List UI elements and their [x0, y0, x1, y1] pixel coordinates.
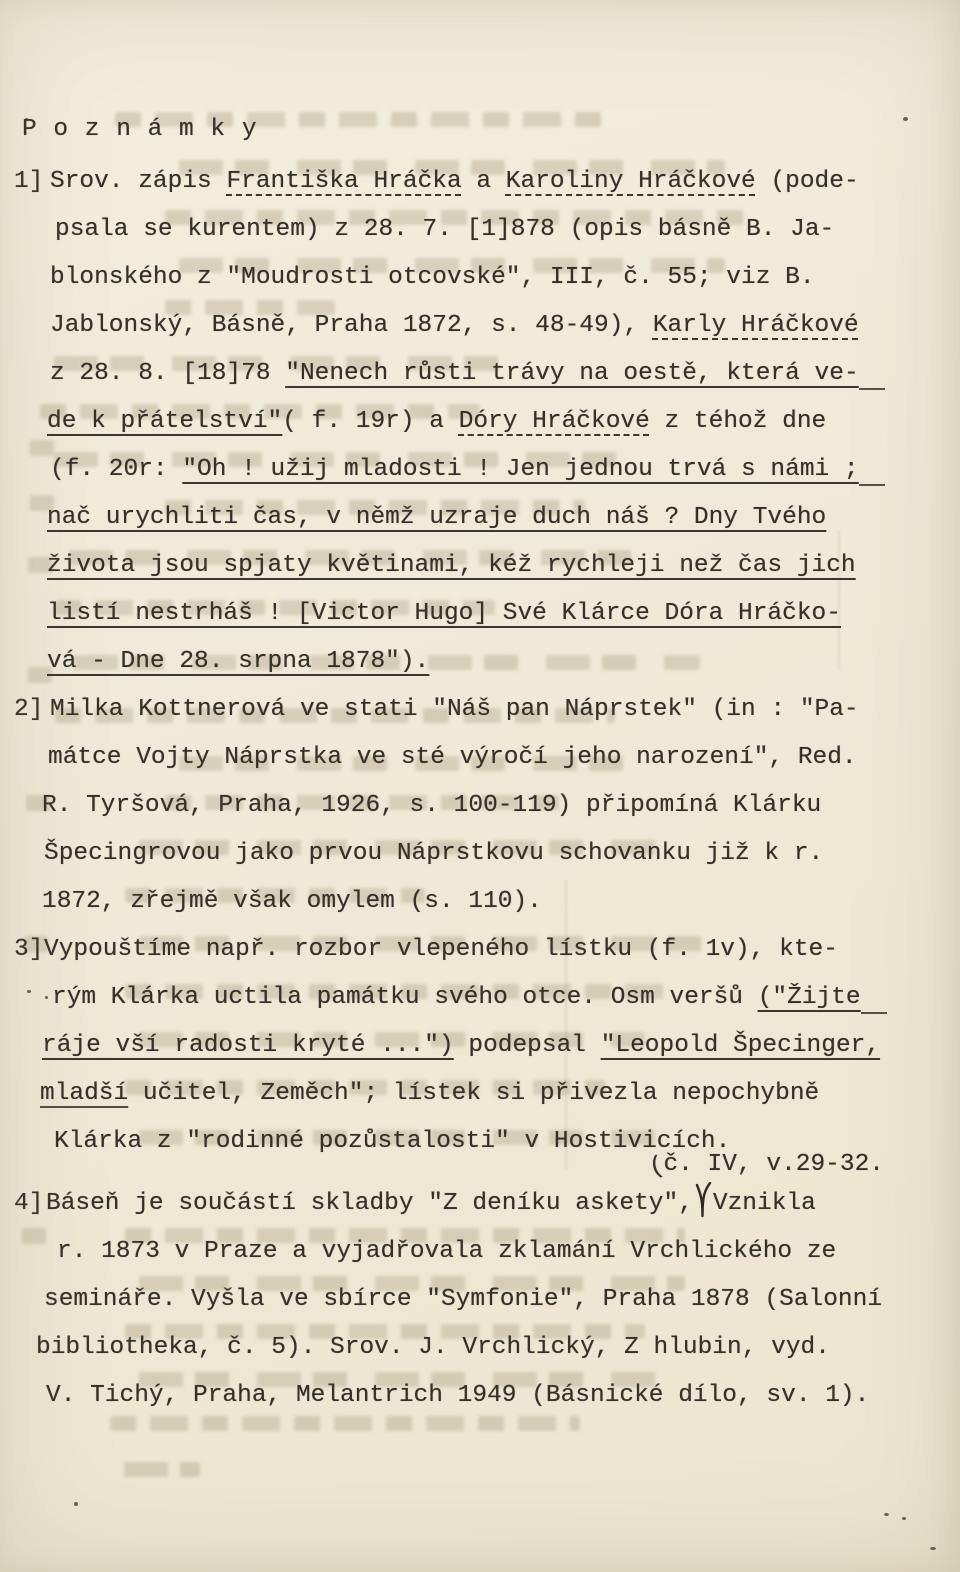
- text-run: ( f. 19r) a: [282, 408, 458, 435]
- text-run: Srov. zápis: [50, 168, 226, 195]
- bleedthrough-text-line: [110, 1462, 200, 1477]
- text-line: V. Tichý, Praha, Melantrich 1949 (Básnic…: [46, 1372, 880, 1420]
- ink-speck: [930, 1547, 936, 1550]
- text-run: (f. 20r:: [50, 456, 182, 483]
- text-run: učitel, Zeměch"; lístek si přivezla nepo…: [128, 1080, 819, 1107]
- underline-extension: [859, 446, 885, 494]
- text-run: 1872, zřejmě však omylem (s. 110).: [42, 888, 542, 915]
- underlined-text: mladší: [40, 1080, 128, 1107]
- note-number: 4]: [14, 1180, 43, 1228]
- note-item-3: 3]Vypouštíme např. rozbor vlepeného líst…: [50, 926, 880, 1166]
- text-line: Jablonský, Básně, Praha 1872, s. 48-49),…: [50, 302, 880, 350]
- underlined-text: Karly Hráčkové: [653, 312, 859, 339]
- text-run: z téhož dne: [650, 408, 826, 435]
- underlined-text: listí nestrháš ! [Victor Hugo] Své Klárc…: [47, 600, 841, 627]
- note-number: 1]: [14, 158, 43, 206]
- text-line: de k přátelství"( f. 19r) a Dóry Hráčkov…: [47, 398, 880, 446]
- text-run: podepsal: [454, 1032, 601, 1059]
- underlined-text: de k přátelství": [47, 408, 282, 435]
- text-run: bibliotheka, č. 5). Srov. J. Vrchlický, …: [36, 1334, 830, 1361]
- text-line: mladší učitel, Zeměch"; lístek si přivez…: [40, 1070, 880, 1118]
- note-item-4: 4](č. IV, v.29-32.Báseň je součástí skla…: [50, 1180, 880, 1420]
- text-line: R. Tyršová, Praha, 1926, s. 100-119) při…: [42, 782, 880, 830]
- text-line: r. 1873 v Praze a vyjadřovala zklamání V…: [57, 1228, 880, 1276]
- text-line: Milka Kottnerová ve stati "Náš pan Náprs…: [50, 686, 880, 734]
- text-run: z 28. 8. [18]78: [50, 360, 285, 387]
- underlined-text: nač urychliti čas, v němž uzraje duch ná…: [47, 504, 826, 531]
- underlined-text: Dóry Hráčkové: [459, 408, 650, 435]
- insertion-caret-icon: [693, 1182, 713, 1218]
- text-run: Špecingrovou jako prvou Náprstkovu schov…: [44, 840, 823, 867]
- note-item-2: 2]Milka Kottnerová ve stati "Náš pan Náp…: [50, 686, 880, 926]
- underlined-text: "Leopold Špecinger,: [601, 1032, 880, 1059]
- note-item-1: 1]Srov. zápis Františka Hráčka a Karolin…: [50, 158, 880, 686]
- underline-extension: [861, 974, 887, 1022]
- text-run: blonského z "Moudrosti otcovské", III, č…: [50, 264, 815, 291]
- text-line: Vypouštíme např. rozbor vlepeného lístku…: [44, 926, 880, 974]
- text-run: Vypouštíme např. rozbor vlepeného lístku…: [44, 936, 838, 963]
- text-line: bibliotheka, č. 5). Srov. J. Vrchlický, …: [36, 1324, 880, 1372]
- text-run: (pode-: [756, 168, 859, 195]
- note-number: 3]: [14, 926, 43, 974]
- text-line: 1872, zřejmě však omylem (s. 110).: [42, 878, 880, 926]
- text-run: R. Tyršová, Praha, 1926, s. 100-119) při…: [42, 792, 821, 819]
- text-line: Špecingrovou jako prvou Náprstkovu schov…: [44, 830, 880, 878]
- underlined-text: Karoliny Hráčkové: [506, 168, 756, 195]
- text-run: rým Klárka uctila památku svého otce. Os…: [52, 984, 758, 1011]
- bleedthrough-mark: [22, 1228, 46, 1244]
- text-run: Jablonský, Básně, Praha 1872, s. 48-49),: [50, 312, 653, 339]
- text-run: Báseň je součástí skladby "Z deníku aske…: [46, 1190, 693, 1217]
- underlined-text: vá - Dne 28. srpna 1878").: [47, 648, 429, 675]
- notes-list: 1]Srov. zápis Františka Hráčka a Karolin…: [50, 158, 880, 1420]
- text-run: r. 1873 v Praze a vyjadřovala zklamání V…: [57, 1238, 836, 1265]
- underline-extension: [859, 350, 885, 398]
- text-line: nač urychliti čas, v němž uzraje duch ná…: [47, 494, 880, 542]
- text-line: listí nestrháš ! [Victor Hugo] Své Klárc…: [47, 590, 880, 638]
- page-heading: P o z n á m k y: [22, 110, 258, 150]
- text-line: (f. 20r: "Oh ! užij mladosti ! Jen jedno…: [50, 446, 880, 494]
- text-run: semináře. Vyšla ve sbírce "Symfonie", Pr…: [44, 1286, 882, 1313]
- underlined-text: ráje vší radosti kryté ..."): [42, 1032, 454, 1059]
- ink-speck: [25, 118, 28, 121]
- insertion-text: č. IV, v.29-32.: [663, 1151, 884, 1178]
- text-run: V. Tichý, Praha, Melantrich 1949 (Básnic…: [46, 1382, 869, 1409]
- underlined-text: "Nenech růsti trávy na oestě, která ve-: [285, 360, 858, 387]
- ink-speck: [27, 990, 31, 993]
- underlined-text: "Oh ! užij mladosti ! Jen jednou trvá s …: [182, 456, 858, 483]
- text-run: psala se kurentem) z 28. 7. [1]878 (opis…: [55, 216, 834, 243]
- text-line: psala se kurentem) z 28. 7. [1]878 (opis…: [55, 206, 880, 254]
- text-line: vá - Dne 28. srpna 1878").: [47, 638, 880, 686]
- text-run: Vznikla: [713, 1190, 816, 1217]
- note-number: 2]: [14, 686, 43, 734]
- ink-speck: [45, 996, 48, 999]
- underlined-text: života jsou spjaty květinami, kéž rychle…: [47, 552, 856, 579]
- text-run: a: [462, 168, 506, 195]
- underlined-text: Františka Hráčka: [226, 168, 461, 195]
- ink-speck: [903, 117, 908, 121]
- scanned-typewritten-page: P o z n á m k y 1]Srov. zápis Františka …: [0, 0, 960, 1572]
- text-line: rým Klárka uctila památku svého otce. Os…: [52, 974, 880, 1022]
- ink-speck: [74, 1502, 78, 1506]
- inserted-annotation: (č. IV, v.29-32.: [649, 1148, 884, 1182]
- text-run: Milka Kottnerová ve stati "Náš pan Náprs…: [50, 696, 859, 723]
- text-run: Klárka z "rodinné pozůstalosti" v Hostiv…: [54, 1128, 730, 1155]
- text-line: z 28. 8. [18]78 "Nenech růsti trávy na o…: [50, 350, 880, 398]
- text-line: semináře. Vyšla ve sbírce "Symfonie", Pr…: [44, 1276, 880, 1324]
- text-line: blonského z "Moudrosti otcovské", III, č…: [50, 254, 880, 302]
- ink-speck: [902, 1517, 906, 1520]
- text-line: Srov. zápis Františka Hráčka a Karoliny …: [50, 158, 880, 206]
- text-line: života jsou spjaty květinami, kéž rychle…: [47, 542, 880, 590]
- text-line: ráje vší radosti kryté ...") podepsal "L…: [42, 1022, 880, 1070]
- text-run: mátce Vojty Náprstka ve sté výročí jeho …: [48, 744, 857, 771]
- text-line: mátce Vojty Náprstka ve sté výročí jeho …: [48, 734, 880, 782]
- underlined-text: ("Žijte: [758, 984, 861, 1011]
- text-line: Báseň je součástí skladby "Z deníku aske…: [46, 1180, 880, 1228]
- ink-speck: [884, 1513, 889, 1516]
